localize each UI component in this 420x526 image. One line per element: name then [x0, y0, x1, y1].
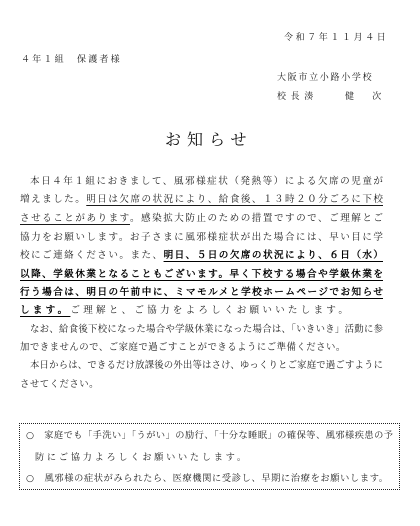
body-line: なお、給食後下校になった場合や学級休業になった場合は、「いきいき」活動に参 [30, 323, 383, 337]
body-line: 以降、学級休業となることもございます。早く下校する場合や学級休業を [20, 268, 383, 282]
body-line: 加できませんので、ご家庭で過ごすことができるようにご準備ください。 [20, 341, 383, 355]
body-text: 校にご連絡ください。また、 [20, 250, 164, 261]
underlined-text: させることがあります [20, 213, 130, 224]
notice-text: 家庭でも「手洗い」「うがい」の励行、「十分な睡眠」の確保等、風邪様疾患の予 [44, 430, 393, 441]
body-line: 増えました。明日は欠席の状況により、給食後、１３時２０分ごろに下校 [20, 193, 383, 207]
bold-underlined-text: します。 [20, 305, 70, 316]
body-line: 行う場合は、明日の午前中に、ミマモルメと学校ホームページでお知らせ [20, 286, 383, 300]
notice-text: 防にご協力よろしくお願いいたします。 [35, 452, 249, 463]
body-text: 。感染拡大防止のための措置ですので、ご理解とご [130, 213, 383, 224]
notice-text: 風邪様の症状がみられたら、医療機関に受診し、早期に治療をお願いします。 [45, 473, 388, 484]
bullet-circle-icon: ○ [26, 473, 35, 484]
body-text: させてください。 [20, 379, 99, 390]
notice-item-continuation: 防にご協力よろしくお願いいたします。 [35, 451, 249, 465]
principal-name: 校長湊 健 次 [277, 91, 386, 103]
bold-underlined-text: 明日、５日の欠席の状況により、６日（水） [164, 250, 383, 261]
body-text: 本日４年１組におきまして、風邪様症状（発熱等）による欠席の児童が [30, 176, 383, 187]
body-text: ご理解と、ご協力をよろしくお願いいたします。 [70, 305, 351, 316]
date: 令和７年１１月４日 [284, 32, 388, 44]
body-line: 協力をお願いします。お子さまに風邪様症状が出た場合には、早い目に学 [20, 231, 383, 245]
body-text: 協力をお願いします。お子さまに風邪様症状が出た場合には、早い目に学 [20, 232, 383, 243]
bold-underlined-text: 以降、学級休業となることもございます。早く下校する場合や学級休業を [20, 269, 383, 280]
body-text: 増えました。 [20, 194, 86, 205]
bullet-circle-icon: ○ [26, 430, 35, 441]
body-line: 校にご連絡ください。また、明日、５日の欠席の状況により、６日（水） [20, 249, 383, 263]
body-line: させてください。 [20, 378, 383, 392]
page-title: お知らせ [165, 127, 253, 150]
underlined-text: 明日は欠席の状況により、給食後、１３時２０分ごろに下校 [86, 194, 383, 205]
body-line: します。ご理解と、ご協力をよろしくお願いいたします。 [20, 304, 383, 318]
bold-underlined-text: 行う場合は、明日の午前中に、ミマモルメと学校ホームページでお知らせ [20, 287, 383, 298]
body-line: 本日４年１組におきまして、風邪様症状（発熱等）による欠席の児童が [30, 175, 383, 189]
notice-item: ○ 家庭でも「手洗い」「うがい」の励行、「十分な睡眠」の確保等、風邪様疾患の予 [26, 429, 393, 443]
body-text: なお、給食後下校になった場合や学級休業になった場合は、「いきいき」活動に参 [30, 324, 383, 335]
recipient: ４年１組 保護者様 [21, 54, 122, 66]
body-line: させることがあります。感染拡大防止のための措置ですので、ご理解とご [20, 212, 383, 226]
school-name: 大阪市立小路小学校 [277, 72, 373, 84]
body-text: 本日からは、できるだけ放課後の外出等はさけ、ゆっくりとご家庭で過ごすように [30, 360, 383, 371]
body-text: 加できませんので、ご家庭で過ごすことができるようにご準備ください。 [20, 342, 346, 353]
body-line: 本日からは、できるだけ放課後の外出等はさけ、ゆっくりとご家庭で過ごすように [30, 359, 383, 373]
notice-item: ○ 風邪様の症状がみられたら、医療機関に受診し、早期に治療をお願いします。 [26, 472, 388, 486]
